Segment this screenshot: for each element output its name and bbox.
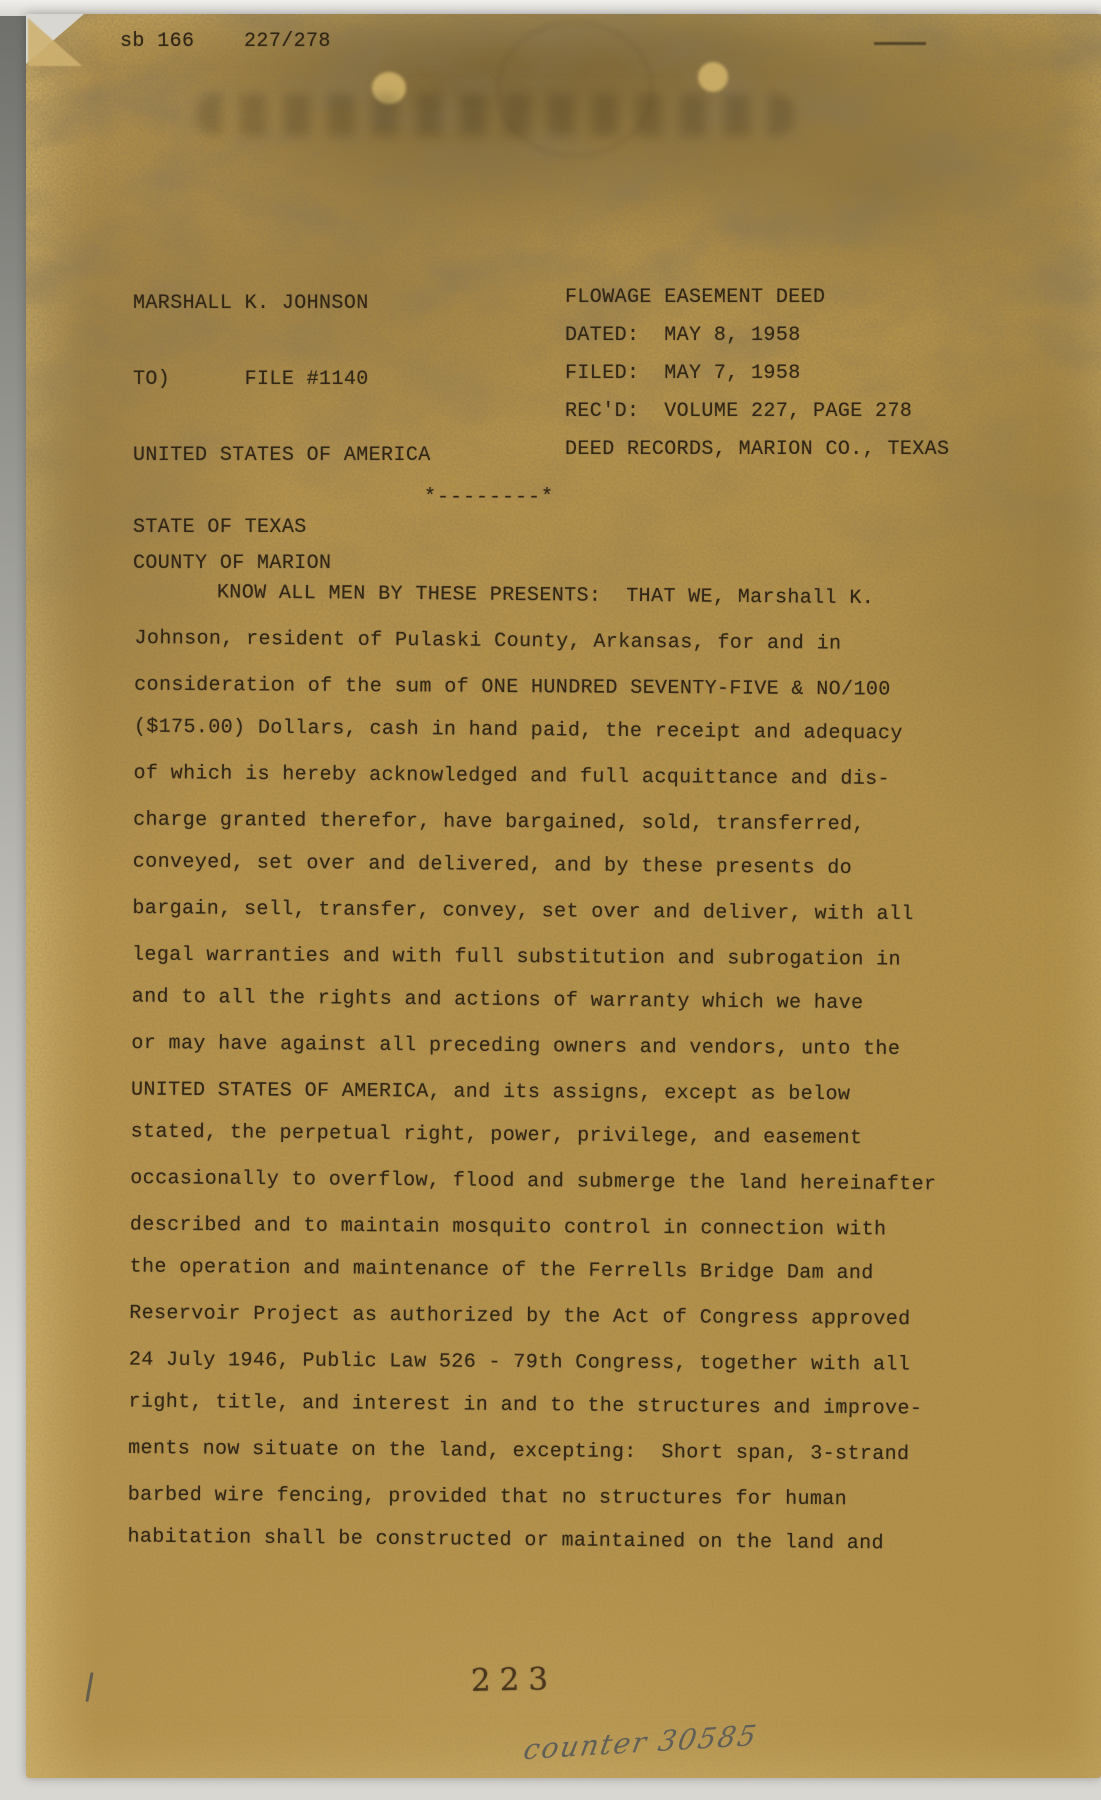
folded-corner-flap [28,18,82,66]
body-line: of which is hereby acknowledged and full… [133,762,963,814]
punch-hole [698,62,728,92]
asterisk-divider: *--------* [424,486,554,509]
deed-body-text: KNOW ALL MEN BY THESE PRESENTS: THAT WE,… [127,582,965,1578]
state-line: STATE OF TEXAS [133,516,331,552]
jurisdiction-block: STATE OF TEXAS COUNTY OF MARION [133,516,331,588]
body-line: the operation and maintenance of the Fer… [129,1256,959,1308]
body-line: Johnson, resident of Pulaski County, Ark… [134,627,964,679]
document-page: sb 166 227/278 MARSHALL K. JOHNSON TO) F… [26,14,1101,1778]
page-number-stamp: 223 [434,1660,595,1699]
pen-dash-mark [874,42,926,45]
handwritten-counter-note: counter 30585 [521,1719,761,1767]
body-line: conveyed, set over and delivered, and by… [133,851,963,903]
caption-parties: MARSHALL K. JOHNSON TO) FILE #1140 UNITE… [133,292,431,520]
dated-line: DATED: MAY 8, 1958 [565,324,949,362]
body-line: or may have against all preceding owners… [131,1032,961,1084]
reference-number: sb 166 227/278 [120,30,331,53]
filed-line: FILED: MAY 7, 1958 [565,362,949,400]
body-line: habitation shall be constructed or maint… [127,1526,957,1578]
to-file-line: TO) FILE #1140 [133,368,431,444]
body-line: ments now situate on the land, excepting… [128,1437,958,1489]
pen-slash-mark [85,1672,93,1702]
body-line: bargain, sell, transfer, convey, set ove… [132,897,962,949]
caption-recording-info: FLOWAGE EASEMENT DEED DATED: MAY 8, 1958… [565,286,949,476]
records-line: DEED RECORDS, MARION CO., TEXAS [565,438,949,476]
body-line: ($175.00) Dollars, cash in hand paid, th… [134,716,964,768]
faded-round-stamp [496,20,654,158]
body-line: right, title, and interest in and to the… [128,1391,958,1443]
grantee-name: UNITED STATES OF AMERICA [133,444,431,520]
body-line: Reservoir Project as authorized by the A… [129,1302,959,1354]
body-line: and to all the rights and actions of war… [131,986,961,1038]
body-line: KNOW ALL MEN BY THESE PRESENTS: THAT WE,… [135,581,965,633]
received-line: REC'D: VOLUME 227, PAGE 278 [565,400,949,438]
body-line: stated, the perpetual right, power, priv… [130,1121,960,1173]
grantor-name: MARSHALL K. JOHNSON [133,292,431,368]
body-line: occasionally to overflow, flood and subm… [130,1167,960,1219]
deed-title: FLOWAGE EASEMENT DEED [565,286,949,324]
faded-stamp-ink-band [196,94,796,136]
